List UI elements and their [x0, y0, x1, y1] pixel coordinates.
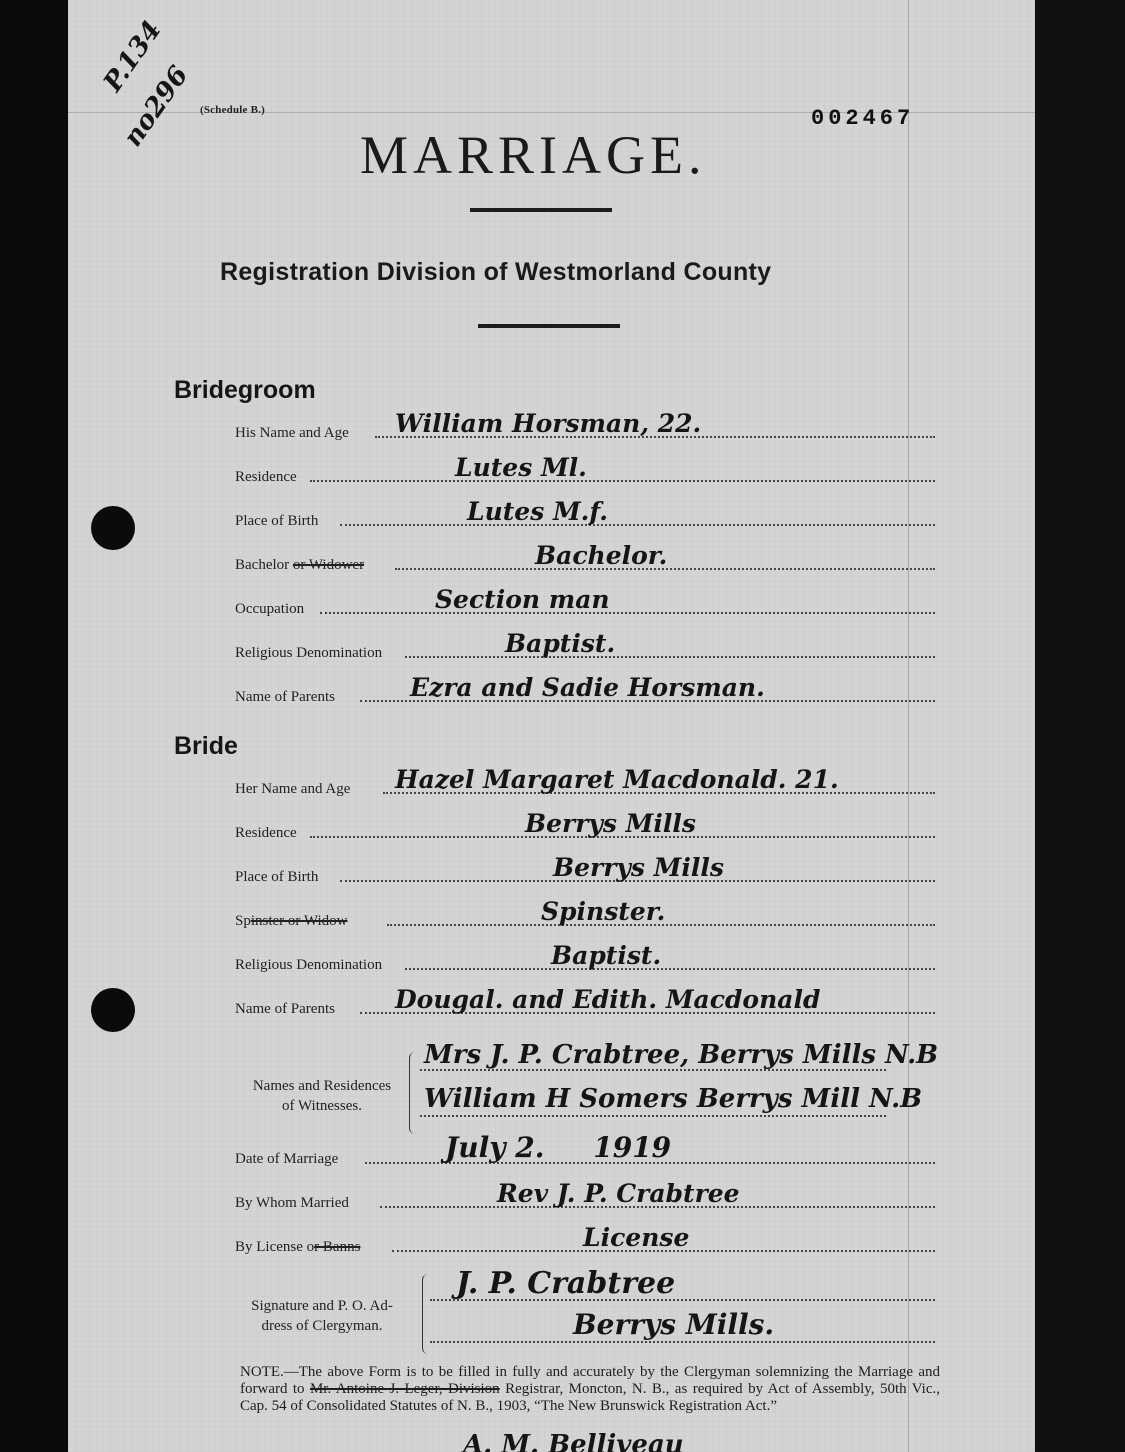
- punch-hole: [91, 988, 135, 1032]
- marriage-date-row: Date of Marriage July 2. 1919: [235, 1144, 935, 1170]
- field-label: Place of Birth: [235, 513, 318, 530]
- groom-marital-status-row: Bachelor or Widower Bachelor.: [235, 550, 935, 576]
- groom-birthplace-value: Lutes M.f.: [467, 497, 608, 526]
- dotted-line: [405, 656, 935, 658]
- bride-marital-status-row: Spinster or Widow Spinster.: [235, 906, 935, 932]
- clergyman-signature: J. P. Crabtree: [456, 1266, 675, 1301]
- field-label: Her Name and Age: [235, 781, 350, 798]
- clergyman-label-line1: Signature and P. O. Ad-: [232, 1296, 412, 1316]
- dotted-line: [405, 968, 935, 970]
- field-label: Spinster or Widow: [235, 913, 347, 930]
- dotted-line: [320, 612, 935, 614]
- label-kept: Sp: [235, 913, 251, 929]
- license-row: By License or Banns License: [235, 1232, 935, 1258]
- bride-religion-row: Religious Denomination Baptist.: [235, 950, 935, 976]
- title-underline: [470, 208, 612, 212]
- registration-note: NOTE.—The above Form is to be filled in …: [240, 1364, 940, 1415]
- note-text-struck: Mr. Antoine J. Leger, Division: [310, 1381, 500, 1397]
- label-struck: or Widower: [293, 557, 364, 573]
- registrar-signature: A. M. Belliveau: [463, 1430, 684, 1452]
- groom-name-age-row: His Name and Age William Horsman, 22.: [235, 418, 935, 444]
- field-label: Name of Parents: [235, 1001, 335, 1018]
- witnesses-label-line2: of Witnesses.: [232, 1096, 412, 1116]
- groom-residence-row: Residence Lutes Ml.: [235, 462, 935, 488]
- groom-religion-value: Baptist.: [505, 629, 615, 658]
- officiant-row: By Whom Married Rev J. P. Crabtree: [235, 1188, 935, 1214]
- dotted-line: [310, 480, 935, 482]
- witnesses-label-line1: Names and Residences: [232, 1076, 412, 1096]
- groom-occupation-value: Section man: [435, 585, 610, 614]
- witness-2: William H Somers Berrys Mill N.B: [424, 1084, 922, 1114]
- bridegroom-heading: Bridegroom: [174, 376, 316, 405]
- label-struck: r Banns: [314, 1239, 360, 1255]
- witness-1: Mrs J. P. Crabtree, Berrys Mills N.B: [424, 1040, 938, 1070]
- bride-religion-value: Baptist.: [551, 941, 661, 970]
- bride-residence-row: Residence Berrys Mills: [235, 818, 935, 844]
- field-label: Bachelor or Widower: [235, 557, 364, 574]
- division-underline: [478, 324, 620, 328]
- license-value: License: [583, 1223, 689, 1252]
- scan-border-right: [1035, 0, 1125, 1452]
- dotted-line: [340, 524, 935, 526]
- marriage-date-value: July 2. 1919: [445, 1131, 671, 1164]
- officiant-value: Rev J. P. Crabtree: [497, 1179, 740, 1208]
- field-label: Residence: [235, 469, 297, 486]
- clergyman-label: Signature and P. O. Ad- dress of Clergym…: [232, 1296, 412, 1336]
- schedule-label: (Schedule B.): [200, 104, 265, 116]
- bride-marital-status-value: Spinster.: [541, 897, 665, 926]
- groom-birthplace-row: Place of Birth Lutes M.f.: [235, 506, 935, 532]
- bride-name-age-row: Her Name and Age Hazel Margaret Macdonal…: [235, 774, 935, 800]
- bride-parents-row: Name of Parents Dougal. and Edith. Macdo…: [235, 994, 935, 1020]
- bride-heading: Bride: [174, 732, 238, 761]
- field-label: Residence: [235, 825, 297, 842]
- label-kept: Bachelor: [235, 557, 289, 573]
- serial-number: 002467: [811, 106, 914, 131]
- groom-parents-row: Name of Parents Ezra and Sadie Horsman.: [235, 682, 935, 708]
- clergyman-address: Berrys Mills.: [573, 1308, 774, 1341]
- bride-residence-value: Berrys Mills: [525, 809, 696, 838]
- groom-name-age-value: William Horsman, 22.: [395, 409, 701, 438]
- witnesses-brace: [409, 1052, 416, 1134]
- witnesses-label: Names and Residences of Witnesses.: [232, 1076, 412, 1116]
- groom-marital-status-value: Bachelor.: [535, 541, 667, 570]
- clergyman-label-line2: dress of Clergyman.: [232, 1316, 412, 1336]
- field-label: Religious Denomination: [235, 645, 382, 662]
- punch-hole: [91, 506, 135, 550]
- scan-border-left: [0, 0, 68, 1452]
- label-kept: By License o: [235, 1239, 314, 1255]
- groom-religion-row: Religious Denomination Baptist.: [235, 638, 935, 664]
- groom-occupation-row: Occupation Section man: [235, 594, 935, 620]
- document-title: MARRIAGE.: [360, 124, 707, 186]
- field-label: Date of Marriage: [235, 1151, 338, 1168]
- bride-name-age-value: Hazel Margaret Macdonald. 21.: [395, 765, 839, 794]
- bride-birthplace-row: Place of Birth Berrys Mills: [235, 862, 935, 888]
- field-label: By Whom Married: [235, 1195, 349, 1212]
- clergyman-brace: [422, 1274, 429, 1354]
- dotted-line: [420, 1115, 886, 1117]
- groom-residence-value: Lutes Ml.: [455, 453, 587, 482]
- field-label: Name of Parents: [235, 689, 335, 706]
- label-struck: inster or Widow: [251, 913, 348, 929]
- bride-birthplace-value: Berrys Mills: [553, 853, 724, 882]
- field-label: By License or Banns: [235, 1239, 360, 1256]
- field-label: Place of Birth: [235, 869, 318, 886]
- field-label: His Name and Age: [235, 425, 349, 442]
- field-label: Occupation: [235, 601, 304, 618]
- registration-division: Registration Division of Westmorland Cou…: [220, 258, 771, 287]
- groom-parents-value: Ezra and Sadie Horsman.: [410, 673, 765, 702]
- field-label: Religious Denomination: [235, 957, 382, 974]
- bride-parents-value: Dougal. and Edith. Macdonald: [395, 985, 820, 1014]
- marriage-certificate-page: P.134 no296 (Schedule B.) 002467 MARRIAG…: [68, 0, 1035, 1452]
- dotted-line: [430, 1341, 935, 1343]
